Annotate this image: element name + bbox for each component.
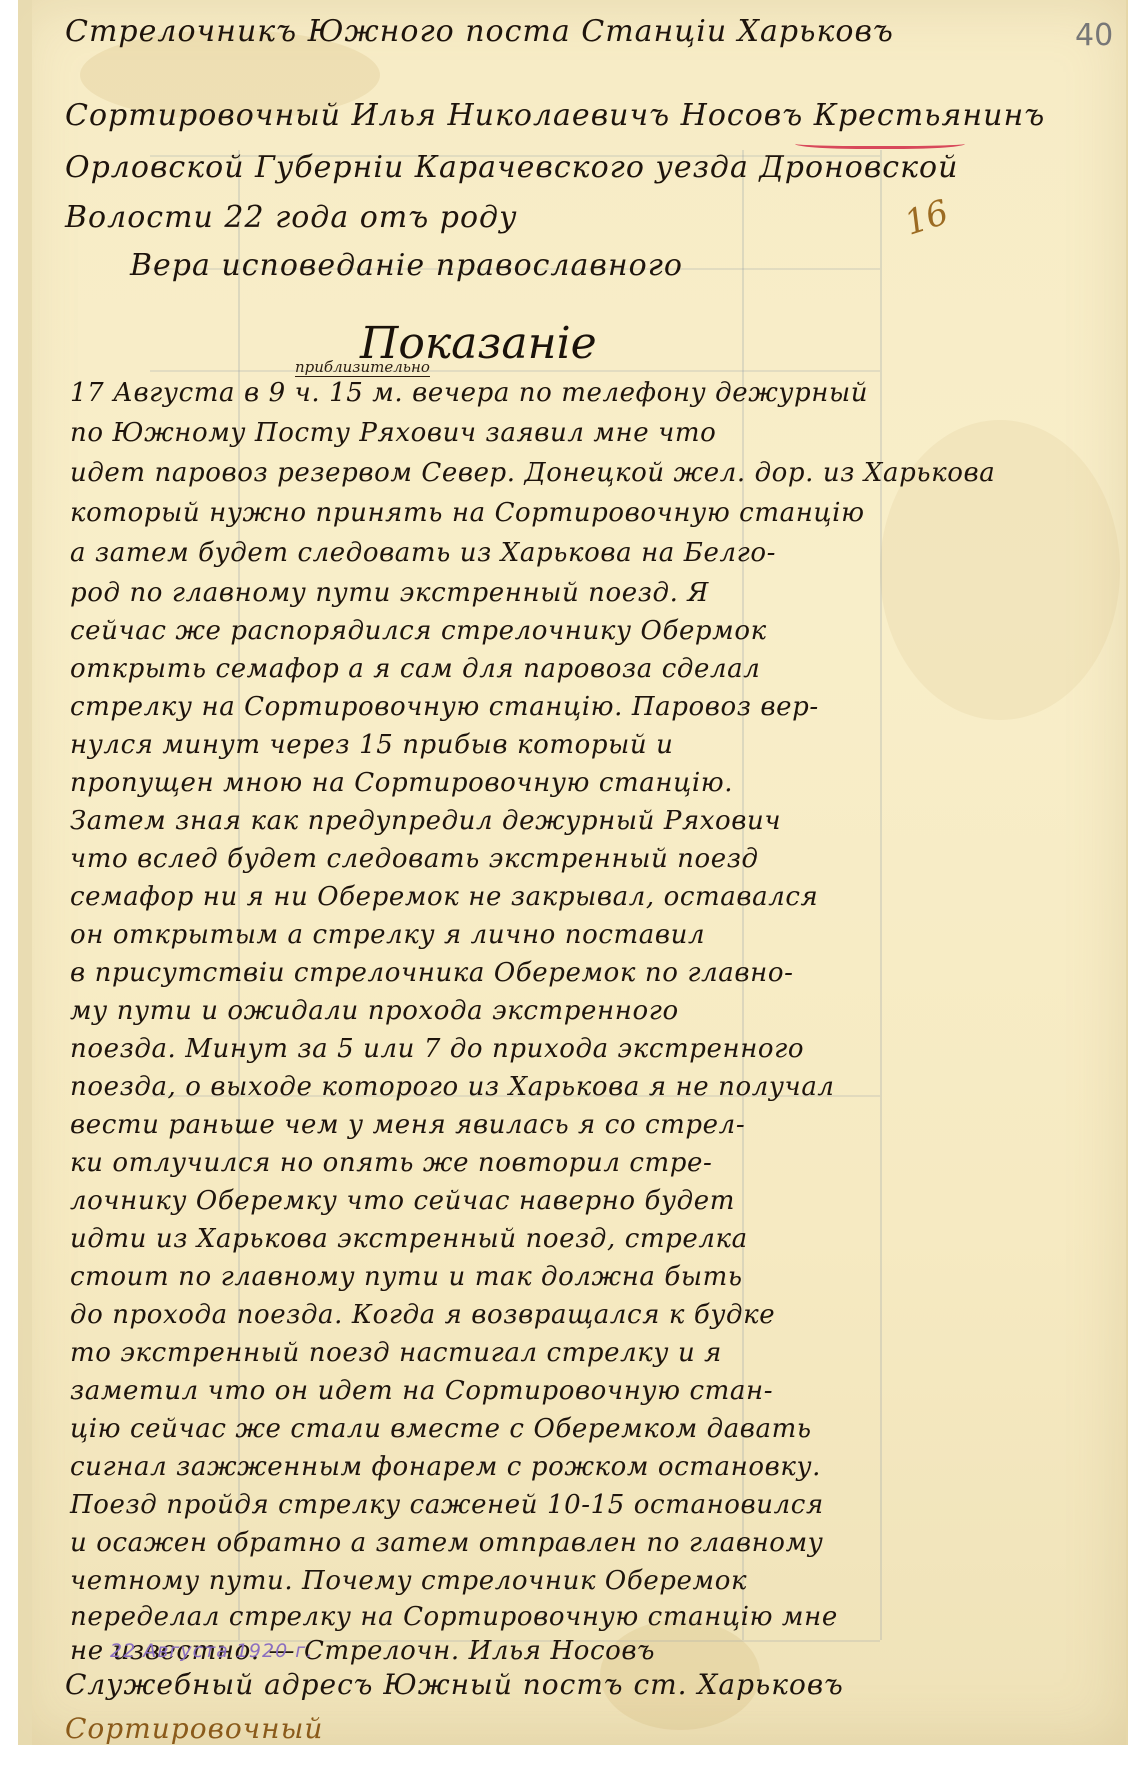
- body-line: поезда, о выходе которого из Харькова я …: [70, 1072, 835, 1102]
- body-line: идет паровоз резервом Север. Донецкой же…: [70, 458, 995, 488]
- body-line: 17 Августа в 9 ч. 15 м. вечера по телефо…: [70, 378, 868, 408]
- date-stamp: 22 Августа 1920 г.: [110, 1640, 313, 1662]
- header-line: Волости 22 года отъ роду: [65, 200, 517, 235]
- body-line: Затем зная как предупредил дежурный Ряхо…: [70, 806, 781, 836]
- body-line: и осажен обратно а затем отправлен по гл…: [70, 1528, 823, 1558]
- footer-line: Сортировочный: [65, 1712, 323, 1745]
- body-line: в присутствiи стрелочника Оберемок по гл…: [70, 958, 793, 988]
- header-line: Стрелочникъ Южного поста Станцiи Харьков…: [65, 14, 894, 49]
- interlinear-note: приблизительно: [295, 358, 430, 377]
- header-line: Сортировочный Илья Николаевичъ Носовъ Кр…: [65, 98, 1045, 133]
- form-rule-vertical: [880, 150, 882, 1640]
- body-line: лочнику Оберемку что сейчас наверно буде…: [70, 1186, 735, 1216]
- body-line: цiю сейчас же стали вместе с Оберемком д…: [70, 1414, 812, 1444]
- body-line: стрелку на Сортировочную станцiю. Парово…: [70, 692, 819, 722]
- header-line: Орловской Губернiи Карачевского уезда Др…: [65, 150, 958, 185]
- footer-line: Служебный адресъ Южный постъ ст. Харьков…: [65, 1668, 844, 1701]
- paper-fold-edge: [18, 0, 32, 1745]
- header-line: Вера исповеданiе православного: [130, 248, 683, 283]
- body-line: заметил что он идет на Сортировочную ста…: [70, 1376, 773, 1406]
- body-line: семафор ни я ни Оберемок не закрывал, ос…: [70, 882, 818, 912]
- body-line: а затем будет следовать из Харькова на Б…: [70, 538, 776, 568]
- form-rule-horizontal: [150, 370, 880, 372]
- body-line: переделал стрелку на Сортировочную станц…: [70, 1602, 838, 1632]
- body-line: нулся минут через 15 прибыв который и: [70, 730, 673, 760]
- body-line: до прохода поезда. Когда я возвращался к…: [70, 1300, 775, 1330]
- body-line: сигнал зажженным фонарем с рожком остано…: [70, 1452, 821, 1482]
- body-line: стоит по главному пути и так должна быть: [70, 1262, 743, 1292]
- body-line: му пути и ожидали прохода экстренного: [70, 996, 679, 1026]
- body-line: он открытым а стрелку я лично поставил: [70, 920, 705, 950]
- body-line: сейчас же распорядился стрелочнику Оберм…: [70, 616, 767, 646]
- body-line: поезда. Минут за 5 или 7 до прихода экст…: [70, 1034, 804, 1064]
- body-line: идти из Харькова экстренный поезд, стрел…: [70, 1224, 748, 1254]
- body-line: который нужно принять на Сортировочную с…: [70, 498, 865, 528]
- body-line: по Южному Посту Ряхович заявил мне что: [70, 418, 716, 448]
- name-underline: [795, 136, 965, 149]
- body-line: что вслед будет следовать экстренный пое…: [70, 844, 759, 874]
- body-line: род по главному пути экстренный поезд. Я: [70, 578, 709, 608]
- body-line: четному пути. Почему стрелочник Оберемок: [70, 1566, 747, 1596]
- folio-number: 40: [1075, 18, 1113, 53]
- body-line: то экстренный поезд настигал стрелку и я: [70, 1338, 722, 1368]
- body-line: ки отлучился но опять же повторил стре-: [70, 1148, 712, 1178]
- body-line: открыть семафор а я сам для паровоза сде…: [70, 654, 760, 684]
- body-line: пропущен мною на Сортировочную станцiю.: [70, 768, 733, 798]
- body-line: Поезд пройдя стрелку саженей 10-15 остан…: [70, 1490, 824, 1520]
- body-line: вести раньше чем у меня явилась я со стр…: [70, 1110, 745, 1140]
